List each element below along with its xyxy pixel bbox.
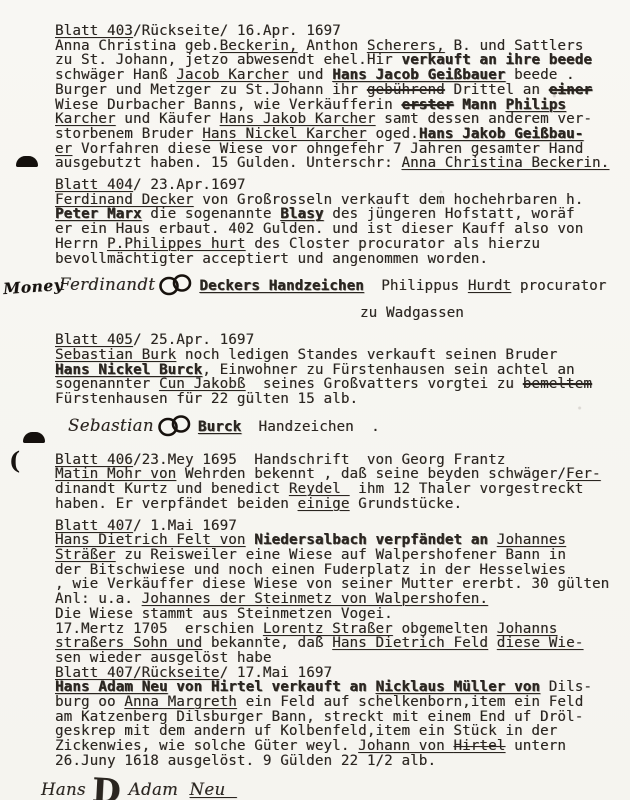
text-segment: Fer- [566, 466, 601, 482]
text-segment: schwäger Hanß [55, 67, 176, 83]
document-line: , wie Verkäuffer diese Wiese von seiner … [55, 577, 617, 592]
text-segment: Wiese Durbacher Banns, wie Verkäufferin [55, 97, 401, 113]
document-line: sen wieder ausgelöst habe [55, 651, 617, 666]
text-segment: Drittel an [445, 82, 549, 98]
document-line: Wiese Durbacher Banns, wie Verkäufferin … [55, 98, 617, 113]
text-segment: Reydel [289, 481, 350, 497]
text-segment: beede . [505, 67, 574, 83]
document-line: zu Wadgassen [360, 303, 617, 324]
handmark-d-icon: D [91, 776, 121, 800]
document-line: Herrn P.Philippes hurt des Closter procu… [55, 237, 617, 252]
text-segment: zu Reisweiler eine Wiese auf Walpershofe… [116, 547, 566, 563]
text-segment: er ein Haus erbaut. 402 Gulden. und ist … [55, 221, 583, 237]
text-segment: bekannte, daß [202, 635, 332, 651]
text-segment: Philippus [364, 278, 468, 294]
document-line: Sträßer zu Reisweiler eine Wiese auf Wal… [55, 548, 617, 563]
text-segment: diese Wie- [497, 635, 584, 651]
text-segment: Scherers, [367, 38, 445, 54]
text-segment: , Einwohner zu Fürstenhausen sein achtel… [202, 362, 574, 378]
document-line: SebastianBurck Handzeichen . [68, 413, 617, 444]
text-segment: haben. Er verpfändet beiden [55, 496, 298, 512]
text-segment: Cun Jakobß [159, 376, 246, 392]
document-line: Hans Adam Neu von Hirtel verkauft an Nic… [55, 680, 617, 695]
text-segment: Blatt 407/Rückseite [55, 665, 220, 681]
document-line: storbenem Bruder Hans Nickel Karcher oge… [55, 127, 617, 142]
text-segment: burg oo [55, 694, 124, 710]
text-segment: Wehrden bekennt , daß seine beyden schwä… [176, 466, 566, 482]
text-segment: Jacob Karcher [176, 67, 289, 83]
text-segment: Hans Dietrich Felt von [55, 532, 246, 548]
text-segment: untern [505, 738, 566, 754]
text-segment: dinandt Kurtz und benedict [55, 481, 289, 497]
text-segment: Grundstücke. [350, 496, 463, 512]
document-line: Die Wiese stammt aus Steinmetzen Vogei. [55, 607, 617, 622]
text-segment: Karcher [55, 111, 116, 127]
document-line: straßers Sohn und bekannte, daß Hans Die… [55, 636, 617, 651]
document-line: der Bitschwiese und noch einen Fuderplat… [55, 563, 617, 578]
text-segment: Burger und Metzger zu St.Johann ihr [55, 82, 367, 98]
entry-blatt-403: Blatt 403/Rückseite/ 16.Apr. 1697Anna Ch… [55, 24, 617, 171]
text-segment: / 25.Apr. 1697 [133, 332, 254, 348]
text-segment: des jüngeren Hofstatt, woräf [324, 206, 575, 222]
document-line: Matin Mohr von Wehrden bekennt , daß sei… [55, 467, 617, 482]
signature-sebastian-burck: SebastianBurck Handzeichen . [55, 413, 617, 444]
document-line: Burger und Metzger zu St.Johann ihr gebü… [55, 83, 617, 98]
text-segment: Sträßer [55, 547, 116, 563]
text-segment: des Closter procurator als hierzu [246, 236, 541, 252]
text-segment: von Großrosseln verkauft dem hochehrbare… [194, 192, 584, 208]
text-segment: Johanns [497, 621, 558, 637]
document-line: burg oo Anna Margreth ein Feld auf schel… [55, 695, 617, 710]
text-segment: Blasy [280, 206, 323, 222]
document-line: haben. Er verpfändet beiden einige Grund… [55, 497, 617, 512]
text-segment: er [55, 141, 72, 157]
text-segment: Handzeichen . [241, 419, 380, 435]
text-segment: Hans [41, 780, 86, 799]
text-segment: der Bitschwiese und noch einen Fuderplat… [55, 562, 566, 578]
text-segment: /23.Mey 1695 Handschrift von Georg Frant… [133, 452, 505, 468]
text-segment: und [289, 67, 332, 83]
text-segment: Anna Margreth [124, 694, 237, 710]
document-line: zu St. Johann, jetzo abwesendt ehel.Hir … [55, 53, 617, 68]
text-segment: gebührend [367, 82, 445, 98]
document-line: er ein Haus erbaut. 402 Gulden. und ist … [55, 222, 617, 237]
document-line: geskrep mit dem andern uf Kolbenfeld,ite… [55, 724, 617, 739]
entry-blatt-406: Blatt 406/23.Mey 1695 Handschrift von Ge… [55, 453, 617, 512]
text-segment: bemeltem [523, 376, 592, 392]
text-segment: Dils- [540, 679, 592, 695]
text-segment: Hans Dietrich Feld [332, 635, 488, 651]
document-line: 17.Mertz 1705 erschien Lorentz Straßer o… [55, 622, 617, 637]
text-segment: B. und Sattlers [445, 38, 584, 54]
document-line: Anl: u.a. Johannes der Steinmetz von Wal… [55, 592, 617, 607]
text-segment: Johann von [358, 738, 453, 754]
text-segment: verkauft an ihre beede [401, 52, 592, 68]
signature-ferdinandt-decker: FerdinandtDeckers Handzeichen Philippus … [55, 272, 617, 324]
document-line: Ferdinand Decker von Großrosseln verkauf… [55, 193, 617, 208]
text-segment: 26.Juny 1618 ausgelöst. 9 Gülden 22 1/2 … [55, 753, 436, 769]
document-line: Peter Marx die sogenannte Blasy des jüng… [55, 207, 617, 222]
text-segment: / 1.Mai 1697 [133, 518, 237, 534]
text-segment: procurator [511, 278, 606, 294]
text-segment [488, 635, 497, 651]
document-line: ausgebutzt haben. 15 Gulden. Unterschr: … [55, 156, 617, 171]
text-segment: storbenem Bruder [55, 126, 202, 142]
text-segment: Blatt 405 [55, 332, 133, 348]
text-segment: Blatt 404 [55, 177, 133, 193]
text-segment: Hans Jacob Geißbauer [332, 67, 505, 83]
document-line: sogenannter Cun Jakobß seines Großvatter… [55, 377, 617, 392]
document-line: FerdinandtDeckers Handzeichen Philippus … [59, 272, 617, 303]
text-segment: einer [549, 82, 592, 98]
text-segment: Anna Christina geb. [55, 38, 220, 54]
text-segment: von Hirtel verkauft an [168, 679, 376, 695]
text-segment: Johannes der Steinmetz von Walpershofen. [142, 591, 488, 607]
text-segment: Die Wiese stammt aus Steinmetzen Vogei. [55, 606, 393, 622]
text-segment: und Käufer [116, 111, 220, 127]
text-segment: Blatt 406 [55, 452, 133, 468]
text-segment: Beckerin, [220, 38, 298, 54]
handmark-loops-icon [157, 272, 195, 303]
document-line: Blatt 405/ 25.Apr. 1697 [55, 333, 617, 348]
text-segment: Fürstenhausen für 22 gülten 15 alb. [55, 391, 358, 407]
document-line: am Katzenberg Dilsburger Bann, streckt m… [55, 710, 617, 725]
text-segment: straßers Sohn und [55, 635, 202, 651]
text-segment: Zickenwies, wie solche Güter weyl. [55, 738, 358, 754]
document-line: dinandt Kurtz und benedict Reydel ihm 12… [55, 482, 617, 497]
text-segment: Lorentz Straßer [263, 621, 393, 637]
text-segment: Nicklaus Müller von [376, 679, 541, 695]
document-line: Hans Dietrich Felt von Niedersalbach ver… [55, 533, 617, 548]
text-segment: /Rückseite/ 16.Apr. 1697 [133, 23, 341, 39]
text-segment: Matin Mohr von [55, 466, 176, 482]
text-segment: Ferdinandt [59, 275, 155, 294]
entry-blatt-405: Blatt 405/ 25.Apr. 1697Sebastian Burk no… [55, 333, 617, 407]
text-segment: / 23.Apr.1697 [133, 177, 246, 193]
text-segment: Anthon [298, 38, 367, 54]
text-segment: Mann [453, 97, 505, 113]
text-segment: ausgebutzt haben. 15 Gulden. Unterschr: [55, 155, 401, 171]
text-segment: ihm 12 Thaler vorgestreckt [350, 481, 584, 497]
text-segment: Hans Jakob Karcher [220, 111, 376, 127]
text-segment: Blatt 403 [55, 23, 133, 39]
ink-blot-dome-mark [23, 432, 45, 443]
text-segment: Herrn [55, 236, 107, 252]
document-line: Blatt 407/Rückseite/ 17.Mai 1697 [55, 666, 617, 681]
text-segment: Burck [198, 419, 241, 435]
text-segment: Hans Jakob Geißbau- [419, 126, 584, 142]
document-line: HansDAdam Neu [41, 775, 617, 800]
document-line: Blatt 404/ 23.Apr.1697 [55, 178, 617, 193]
text-segment: noch ledigen Standes verkauft seinen Bru… [176, 347, 557, 363]
document-line: Blatt 406/23.Mey 1695 Handschrift von Ge… [55, 453, 617, 468]
text-segment: Vorfahren diese Wiese vor ohngefehr 7 Ja… [72, 141, 583, 157]
text-segment: erster [401, 97, 453, 113]
text-segment: 17.Mertz 1705 erschien [55, 621, 263, 637]
text-segment: Hirtel [453, 738, 505, 754]
text-segment: oged. [367, 126, 419, 142]
text-segment: am Katzenberg Dilsburger Bann, streckt m… [55, 709, 583, 725]
document-line: 26.Juny 1618 ausgelöst. 9 Gülden 22 1/2 … [55, 754, 617, 769]
text-segment: geskrep mit dem andern uf Kolbenfeld,ite… [55, 723, 557, 739]
signature-hans-adam-neu: HansDAdam Neu [55, 775, 617, 800]
document-line: schwäger Hanß Jacob Karcher und Hans Jac… [55, 68, 617, 83]
text-segment: / 17.Mai 1697 [220, 665, 333, 681]
document-line: Anna Christina geb.Beckerin, Anthon Sche… [55, 39, 617, 54]
document-text: Blatt 403/Rückseite/ 16.Apr. 1697Anna Ch… [55, 16, 617, 800]
document-line: er Vorfahren diese Wiese vor ohngefehr 7… [55, 142, 617, 157]
entry-blatt-404: Blatt 404/ 23.Apr.1697Ferdinand Decker v… [55, 178, 617, 266]
text-segment: Neu [190, 780, 237, 799]
text-segment: Sebastian Burk [55, 347, 176, 363]
document-line: Zickenwies, wie solche Güter weyl. Johan… [55, 739, 617, 754]
document-line: Fürstenhausen für 22 gülten 15 alb. [55, 392, 617, 407]
text-segment: einige [298, 496, 350, 512]
crescent-mark: ( [9, 450, 20, 472]
text-segment: Hurdt [468, 278, 511, 294]
text-segment: Peter Marx [55, 206, 142, 222]
text-segment: sogenannter [55, 376, 159, 392]
text-segment: ein Feld auf schelkenborn,item ein Feld [237, 694, 583, 710]
text-segment: Blatt 407 [55, 518, 133, 534]
text-segment: die sogenannte [142, 206, 281, 222]
ink-blot-dome-mark [16, 156, 38, 167]
document-line: Blatt 407/ 1.Mai 1697 [55, 519, 617, 534]
text-segment [246, 532, 255, 548]
text-segment: , wie Verkäuffer diese Wiese von seiner … [55, 576, 609, 592]
text-segment: seines Großvatters vorgtei zu [246, 376, 523, 392]
text-segment: Hans Nickel Karcher [202, 126, 367, 142]
text-segment: Anl: u.a. [55, 591, 142, 607]
text-segment: P.Philippes hurt [107, 236, 246, 252]
text-segment: sen wieder ausgelöst habe [55, 650, 272, 666]
text-segment: zu Wadgassen [360, 305, 464, 321]
document-line: Blatt 403/Rückseite/ 16.Apr. 1697 [55, 24, 617, 39]
handmark-loops-icon [156, 413, 194, 444]
text-segment: zu St. Johann, jetzo abwesendt ehel.Hir [55, 52, 401, 68]
text-segment: Hans Nickel Burck [55, 362, 202, 378]
text-segment: Philips [505, 97, 566, 113]
text-segment: Anna Christina Beckerin. [401, 155, 609, 171]
text-segment: Sebastian [68, 416, 154, 435]
text-segment: Niedersalbach verpfändet an [254, 532, 488, 548]
text-segment: obgemelten [393, 621, 497, 637]
document-line: Hans Nickel Burck, Einwohner zu Fürstenh… [55, 363, 617, 378]
document-line: bevollmächtigter acceptiert und angenomm… [55, 252, 617, 267]
document-line: Karcher und Käufer Hans Jakob Karcher sa… [55, 112, 617, 127]
text-segment: Ferdinand Decker [55, 192, 194, 208]
entry-blatt-407: Blatt 407/ 1.Mai 1697Hans Dietrich Felt … [55, 519, 617, 769]
text-segment: Johannes [497, 532, 566, 548]
text-segment: bevollmächtigter acceptiert und angenomm… [55, 251, 488, 267]
text-segment: Hans Adam Neu [55, 679, 168, 695]
text-segment: samt dessen anderem ver- [376, 111, 593, 127]
text-segment [488, 532, 497, 548]
text-segment: Adam [129, 780, 190, 799]
document-line: Sebastian Burk noch ledigen Standes verk… [55, 348, 617, 363]
scanned-document-page: Blatt 403/Rückseite/ 16.Apr. 1697Anna Ch… [0, 0, 630, 800]
text-segment: Deckers Handzeichen [199, 278, 364, 294]
